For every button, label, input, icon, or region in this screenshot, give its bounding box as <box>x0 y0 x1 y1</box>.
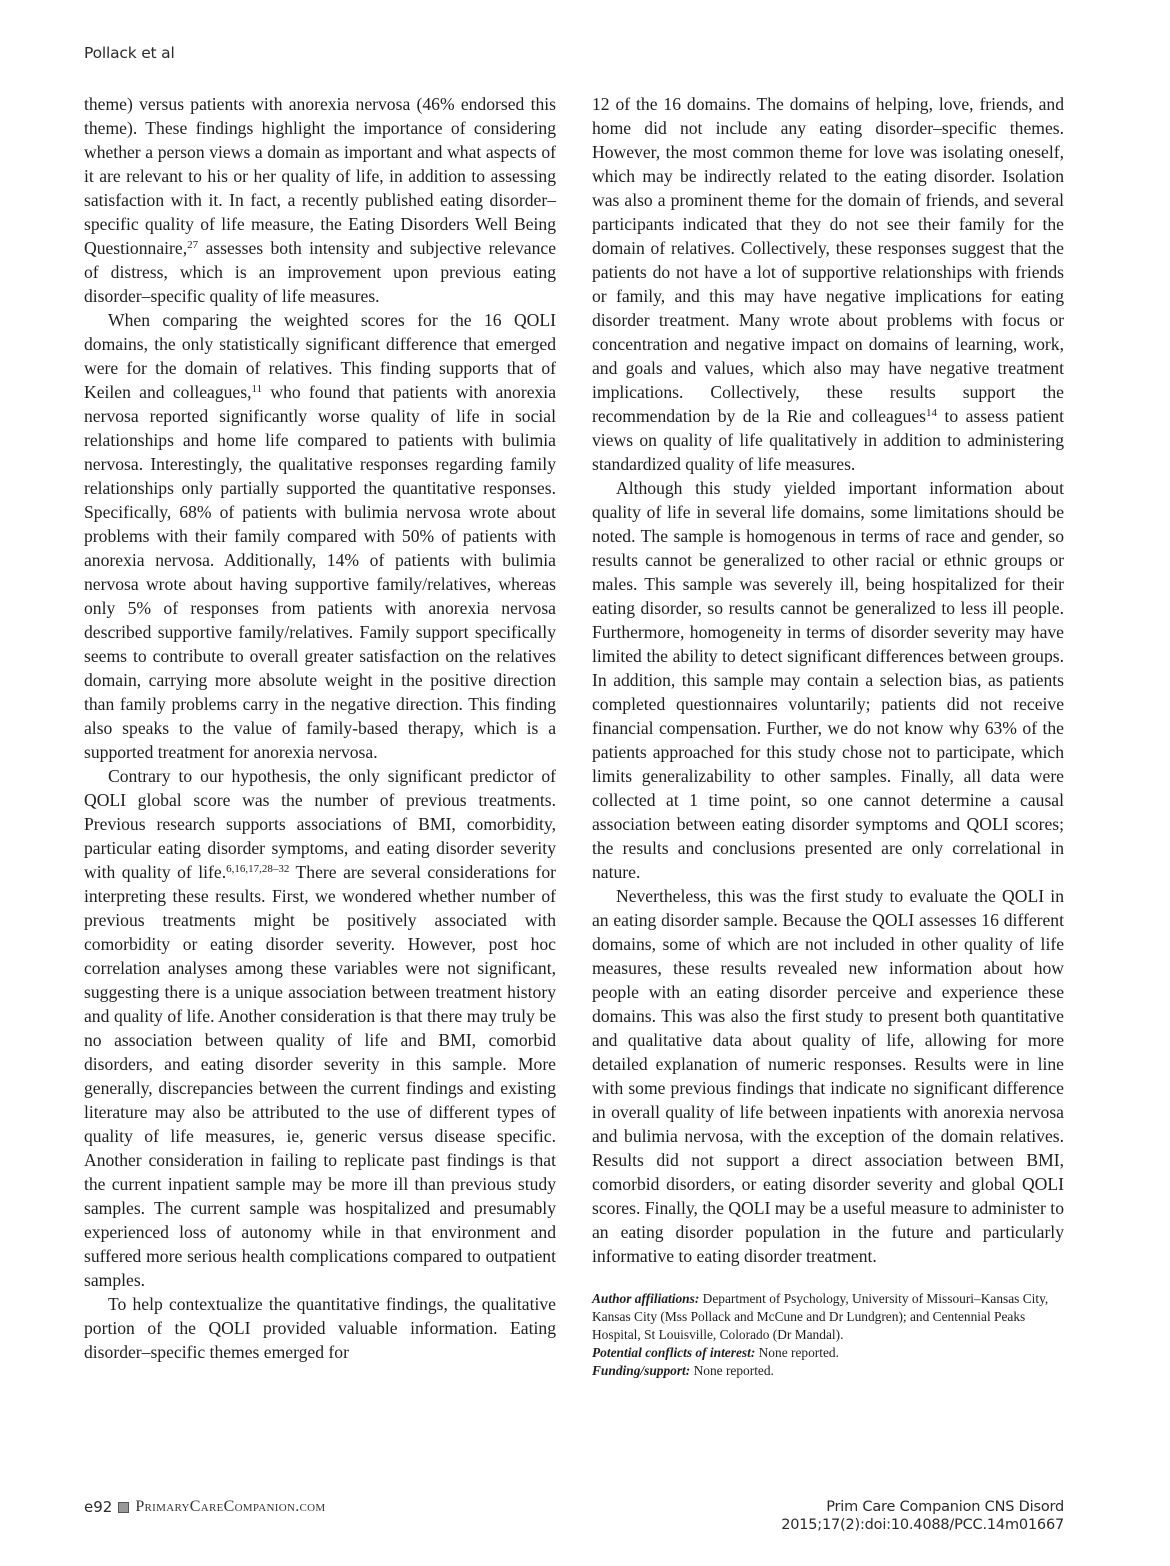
doi-citation[interactable]: 2015;17(2):doi:10.4088/PCC.14m01667 <box>781 1516 1064 1534</box>
right-column: 12 of the 16 domains. The domains of hel… <box>592 92 1064 1380</box>
journal-name: Prim Care Companion CNS Disord <box>781 1498 1064 1516</box>
paragraph: 12 of the 16 domains. The domains of hel… <box>592 92 1064 476</box>
funding-support: Funding/support: None reported. <box>592 1362 1064 1380</box>
article-notes: Author affiliations: Department of Psych… <box>592 1290 1064 1380</box>
footer-right: Prim Care Companion CNS Disord 2015;17(2… <box>781 1498 1064 1534</box>
citation-superscript: 6,16,17,28–32 <box>226 863 289 875</box>
paragraph: Contrary to our hypothesis, the only sig… <box>84 764 556 1292</box>
citation-superscript: 14 <box>926 407 937 419</box>
site-link[interactable]: PrimaryCareCompanion.com <box>135 1498 325 1516</box>
conflicts-of-interest: Potential conflicts of interest: None re… <box>592 1344 1064 1362</box>
citation-superscript: 11 <box>252 383 263 395</box>
left-column: theme) versus patients with anorexia ner… <box>84 92 556 1364</box>
page-number: e92 <box>84 1498 112 1516</box>
author-affiliations: Author affiliations: Department of Psych… <box>592 1290 1064 1344</box>
paragraph: theme) versus patients with anorexia ner… <box>84 92 556 308</box>
paragraph: To help contextualize the quantitative f… <box>84 1292 556 1364</box>
paragraph: When comparing the weighted scores for t… <box>84 308 556 764</box>
paragraph: Nevertheless, this was the first study t… <box>592 884 1064 1268</box>
footer-left: e92 PrimaryCareCompanion.com <box>84 1498 326 1516</box>
paragraph: Although this study yielded important in… <box>592 476 1064 884</box>
running-head: Pollack et al <box>84 44 175 62</box>
citation-superscript: 27 <box>187 239 198 251</box>
square-bullet-icon <box>118 1502 129 1513</box>
